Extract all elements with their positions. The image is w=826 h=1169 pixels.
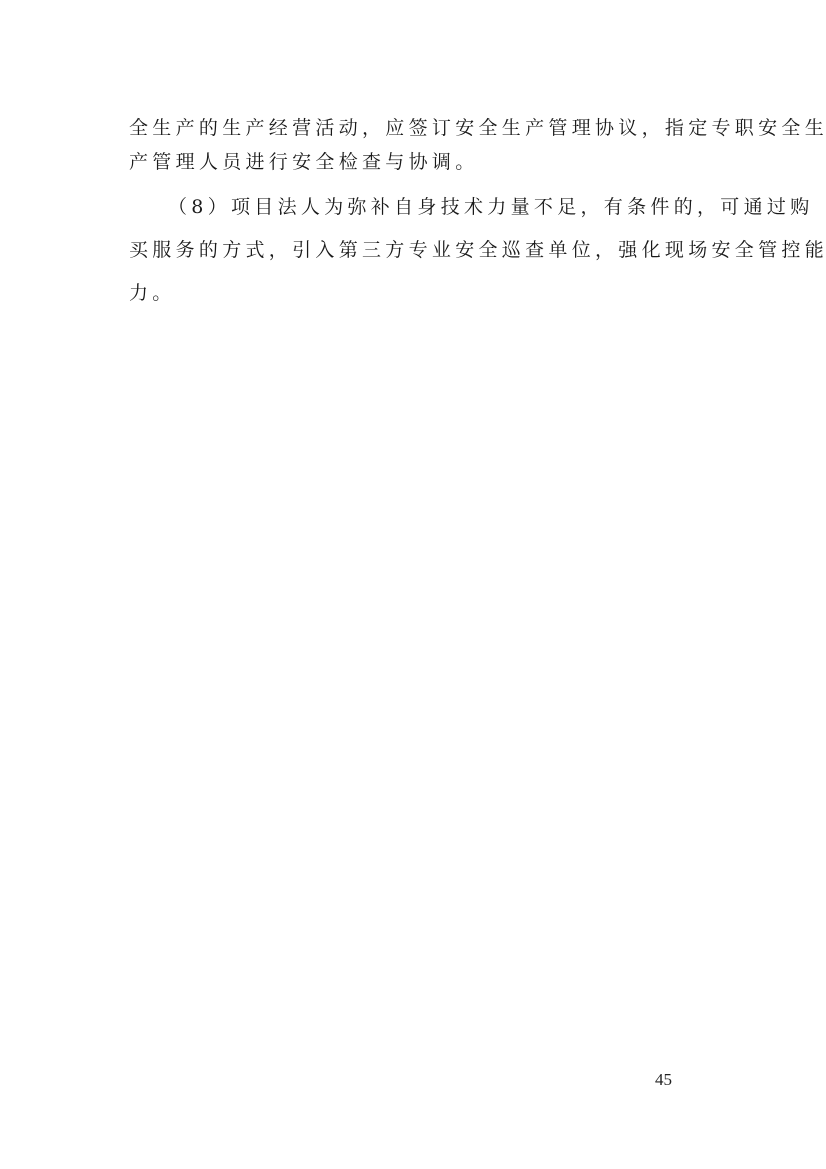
paragraph-1-line-1: 全生产的生产经营活动，应签订安全生产管理协议，指定专职安全生: [129, 116, 701, 140]
document-page: 全生产的生产经营活动，应签订安全生产管理协议，指定专职安全生 产管理人员进行安全…: [0, 0, 826, 1169]
paragraph-2-line-3: 力。: [129, 281, 701, 305]
paragraph-1-line-2: 产管理人员进行安全检查与协调。: [129, 150, 701, 174]
page-number: 45: [655, 1070, 672, 1090]
paragraph-2-line-1: （8）项目法人为弥补自身技术力量不足，有条件的，可通过购: [168, 195, 701, 219]
paragraph-2-line-2: 买服务的方式，引入第三方专业安全巡查单位，强化现场安全管控能: [129, 238, 701, 262]
